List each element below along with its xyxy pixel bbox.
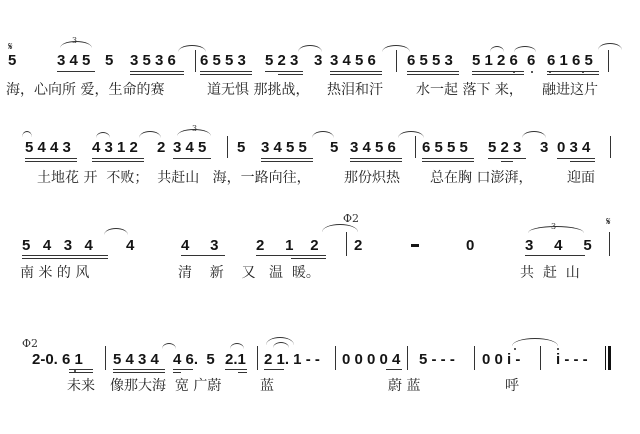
note-group: 0 0 0 0 4 bbox=[342, 352, 400, 368]
lyric-text: 海，心向所 爱，生命的赛 bbox=[6, 82, 164, 98]
high-octave-dot bbox=[514, 348, 516, 350]
bar-line bbox=[609, 232, 610, 256]
beam-line bbox=[330, 74, 382, 75]
high-octave-dot bbox=[557, 348, 559, 350]
note-group: 4 3 1 2 bbox=[92, 140, 138, 156]
note-group: 5 bbox=[105, 53, 113, 69]
lyric-text: 清 新 又 温 暖。 bbox=[178, 265, 320, 281]
coda-mark: Φ2 bbox=[343, 212, 359, 225]
bar-line bbox=[335, 346, 336, 370]
beam-line bbox=[113, 372, 165, 373]
note-group: 5 4 4 3 bbox=[25, 140, 71, 156]
note-group: 4 3 bbox=[181, 238, 219, 254]
tie-arc bbox=[598, 43, 622, 50]
tie-arc bbox=[139, 131, 161, 138]
bar-line bbox=[346, 232, 347, 256]
beam-line bbox=[472, 71, 524, 72]
lyric-text: 水一起 落下 来， bbox=[416, 82, 523, 98]
beam-line bbox=[350, 161, 402, 162]
note-group: 3 4 5 6 bbox=[330, 53, 376, 69]
lyric-text: 呼 bbox=[505, 378, 519, 394]
beam-line bbox=[22, 258, 108, 259]
bar-line bbox=[407, 346, 408, 370]
lyric-text: 像那大海 宽 广蔚 bbox=[110, 378, 221, 394]
beam-line bbox=[264, 369, 284, 370]
beam-line bbox=[200, 74, 252, 75]
beam-line bbox=[422, 161, 474, 162]
beam-line bbox=[69, 372, 93, 373]
note-group: 4 6. 5 bbox=[173, 352, 215, 368]
low-octave-dot bbox=[531, 71, 533, 73]
beam-line bbox=[113, 369, 165, 370]
lyric-text: 总在胸 口澎湃， bbox=[430, 170, 532, 186]
beam-line bbox=[407, 71, 459, 72]
triplet-bracket bbox=[60, 41, 92, 48]
note-group: 5 2 3 bbox=[265, 53, 298, 69]
note-group: 2 1. 1 - - bbox=[264, 352, 320, 368]
beam-line bbox=[92, 161, 144, 162]
beam-line bbox=[22, 255, 108, 256]
beam-line bbox=[547, 71, 599, 72]
note-group: 0 3 4 bbox=[557, 140, 590, 156]
note-group: 6 bbox=[527, 53, 535, 69]
note-group: 2 bbox=[354, 238, 362, 254]
jianpu-score: 𝄋 3 5 3 4 5 5 3 5 3 6 6 5 5 3 5 2 3 3 3 … bbox=[0, 0, 640, 434]
beam-line bbox=[130, 74, 184, 75]
beam-line bbox=[238, 372, 247, 373]
note-group: 2.1 bbox=[225, 352, 246, 368]
lyric-text: 道无惧 那挑战， bbox=[207, 82, 309, 98]
beam-line bbox=[350, 158, 402, 159]
bar-line bbox=[540, 346, 541, 370]
beam-line bbox=[173, 158, 211, 159]
final-bar-thick bbox=[608, 346, 611, 370]
beam-line bbox=[488, 158, 526, 159]
lyric-text: 共 赶 山 bbox=[520, 265, 580, 281]
triplet-bracket bbox=[528, 226, 584, 233]
beam-line bbox=[472, 74, 524, 75]
beam-line bbox=[200, 71, 252, 72]
beam-line bbox=[92, 158, 144, 159]
beam-line bbox=[525, 255, 585, 256]
beam-line bbox=[330, 71, 382, 72]
beam-line bbox=[501, 161, 513, 162]
tie-arc bbox=[162, 343, 176, 349]
beam-line bbox=[265, 71, 303, 72]
lyric-text: 热泪和汗 bbox=[327, 82, 383, 98]
beam-line bbox=[225, 369, 247, 370]
lyric-text: 未来 bbox=[67, 378, 95, 394]
lyric-text: 迎面 bbox=[567, 170, 595, 186]
note-group: 3 4 5 bbox=[525, 238, 592, 254]
coda-mark: Φ2 bbox=[22, 337, 38, 350]
bar-line bbox=[608, 50, 609, 72]
tie-arc bbox=[398, 131, 424, 138]
beam-line bbox=[69, 369, 93, 370]
tie-arc bbox=[322, 224, 358, 232]
bar-line bbox=[415, 136, 416, 158]
lyric-text: 土地花 开 不败； 共赶山 海，一路向往， bbox=[37, 170, 311, 186]
lyric-text: 蓝 bbox=[260, 378, 274, 394]
note-group: 5 - - - bbox=[419, 352, 455, 368]
bar-line bbox=[610, 136, 611, 158]
bar-line bbox=[474, 346, 475, 370]
note-group: 3 4 5 6 bbox=[350, 140, 396, 156]
beam-line bbox=[173, 372, 181, 373]
tie-arc bbox=[512, 338, 558, 346]
triplet-bracket bbox=[177, 129, 211, 136]
slur-arc bbox=[96, 132, 110, 138]
bar-line bbox=[257, 346, 258, 370]
note-group: 5 bbox=[330, 140, 338, 156]
beam-line bbox=[291, 258, 326, 259]
beam-line bbox=[173, 369, 193, 370]
note-group: 6 5 5 3 bbox=[200, 53, 246, 69]
lyric-text: 蔚 蓝 bbox=[388, 378, 420, 394]
beam-line bbox=[25, 161, 77, 162]
beam-line bbox=[278, 74, 303, 75]
beam-line bbox=[261, 158, 313, 159]
note-group: 2 1 2 bbox=[256, 238, 319, 254]
note-group: 6 5 5 3 bbox=[407, 53, 453, 69]
beam-line bbox=[407, 74, 459, 75]
beam-line bbox=[261, 161, 313, 162]
beam-line bbox=[57, 71, 95, 72]
note-group: 2 bbox=[157, 140, 165, 156]
beam-line bbox=[386, 369, 402, 370]
beam-line bbox=[557, 158, 595, 159]
beam-line bbox=[25, 158, 77, 159]
tie-arc bbox=[273, 342, 289, 348]
bar-line bbox=[227, 136, 228, 158]
beam-line bbox=[130, 71, 184, 72]
note-group: 0 bbox=[466, 238, 474, 254]
bar-line bbox=[105, 346, 106, 370]
note-group: 5 2 3 bbox=[488, 140, 521, 156]
bar-line bbox=[396, 50, 397, 72]
note-group: 3 bbox=[540, 140, 548, 156]
note-group: 3 4 5 5 bbox=[261, 140, 307, 156]
note-group: 3 bbox=[314, 53, 322, 69]
lyric-text: 那份炽热 bbox=[344, 170, 400, 186]
note-group: 3 5 3 6 bbox=[130, 53, 176, 69]
bar-line bbox=[195, 50, 196, 72]
note-group: 5 1 2 6 bbox=[472, 53, 518, 69]
note-group: 5 4 3 4 bbox=[22, 238, 93, 254]
beam-line bbox=[570, 161, 595, 162]
lyric-text: 南 米 的 风 bbox=[20, 265, 89, 281]
tie-arc bbox=[22, 131, 32, 137]
note-group: 5 bbox=[237, 140, 245, 156]
slur-arc bbox=[490, 46, 504, 52]
tie-arc bbox=[522, 131, 546, 138]
note-group: 3 4 5 bbox=[57, 53, 90, 69]
note-group: 6 1 6 5 bbox=[547, 53, 593, 69]
tie-arc bbox=[104, 228, 128, 235]
sustain-dash bbox=[411, 244, 419, 247]
segno-mark: 𝄋 bbox=[606, 215, 611, 229]
note-group: 6 5 5 5 bbox=[422, 140, 468, 156]
note-group: 2-0. 6 1 bbox=[32, 352, 83, 368]
beam-line bbox=[547, 74, 599, 75]
tie-arc bbox=[298, 45, 322, 52]
note-group: 5 4 3 4 bbox=[113, 352, 159, 368]
note-group: 4 bbox=[126, 238, 134, 254]
beam-line bbox=[181, 255, 225, 256]
beam-line bbox=[422, 158, 474, 159]
tie-arc bbox=[178, 45, 206, 52]
tie-arc bbox=[312, 131, 334, 138]
beam-line bbox=[256, 255, 326, 256]
slur-arc bbox=[230, 343, 244, 349]
lyric-text: 融进这片 bbox=[542, 82, 598, 98]
note-group: 0 0 i - bbox=[482, 352, 520, 368]
note-group: 3 4 5 bbox=[173, 140, 206, 156]
note-group: 5 bbox=[8, 53, 16, 69]
note-group: i - - - bbox=[556, 352, 588, 368]
final-bar-thin bbox=[605, 346, 606, 370]
